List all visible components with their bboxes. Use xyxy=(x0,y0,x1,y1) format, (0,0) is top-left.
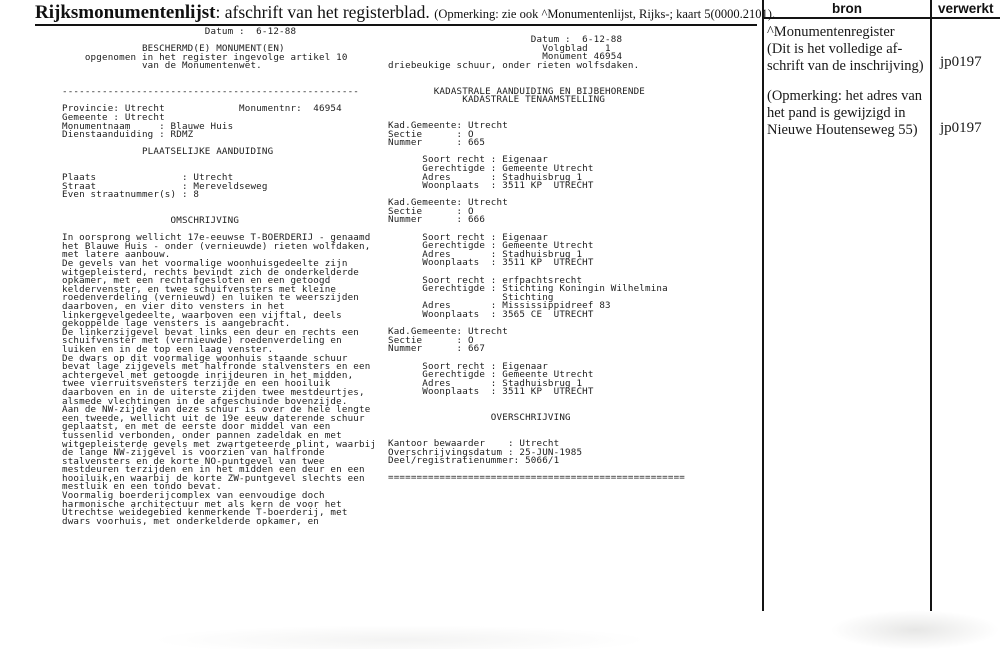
annotation-header-rule xyxy=(762,17,1000,19)
column-header-verwerkt: verwerkt xyxy=(938,1,994,16)
column-header-bron: bron xyxy=(764,1,930,16)
scan-smudge xyxy=(150,625,650,649)
bron-column-divider xyxy=(762,0,764,611)
bron-note-monumentenregister: ^Monumentenregister (Dit is het volledig… xyxy=(767,24,947,76)
page-title-term: Rijksmonumentenlijst xyxy=(35,2,216,23)
scanned-register-page: Rijksmonumentenlijst: afschrift van het … xyxy=(0,0,1000,649)
verwerkt-code-2: jp0197 xyxy=(940,120,982,137)
register-text-left-column: Datum : 6-12-88 BESCHERMD(E) MONUMENT(EN… xyxy=(62,28,376,526)
page-title: Rijksmonumentenlijst: afschrift van het … xyxy=(35,2,775,24)
register-text-volgblad-column: Datum : 6-12-88 Volgblad 1 Monument 4695… xyxy=(388,36,685,483)
page-title-subtitle: : afschrift van het registerblad. xyxy=(216,2,435,22)
verwerkt-code-1: jp0197 xyxy=(940,54,982,71)
scan-smudge xyxy=(830,610,1000,649)
bron-note-adreswijziging: (Opmerking: het adres van het pand is ge… xyxy=(767,88,947,140)
page-title-remark: (Opmerking: zie ook ^Monumentenlijst, Ri… xyxy=(434,7,775,21)
